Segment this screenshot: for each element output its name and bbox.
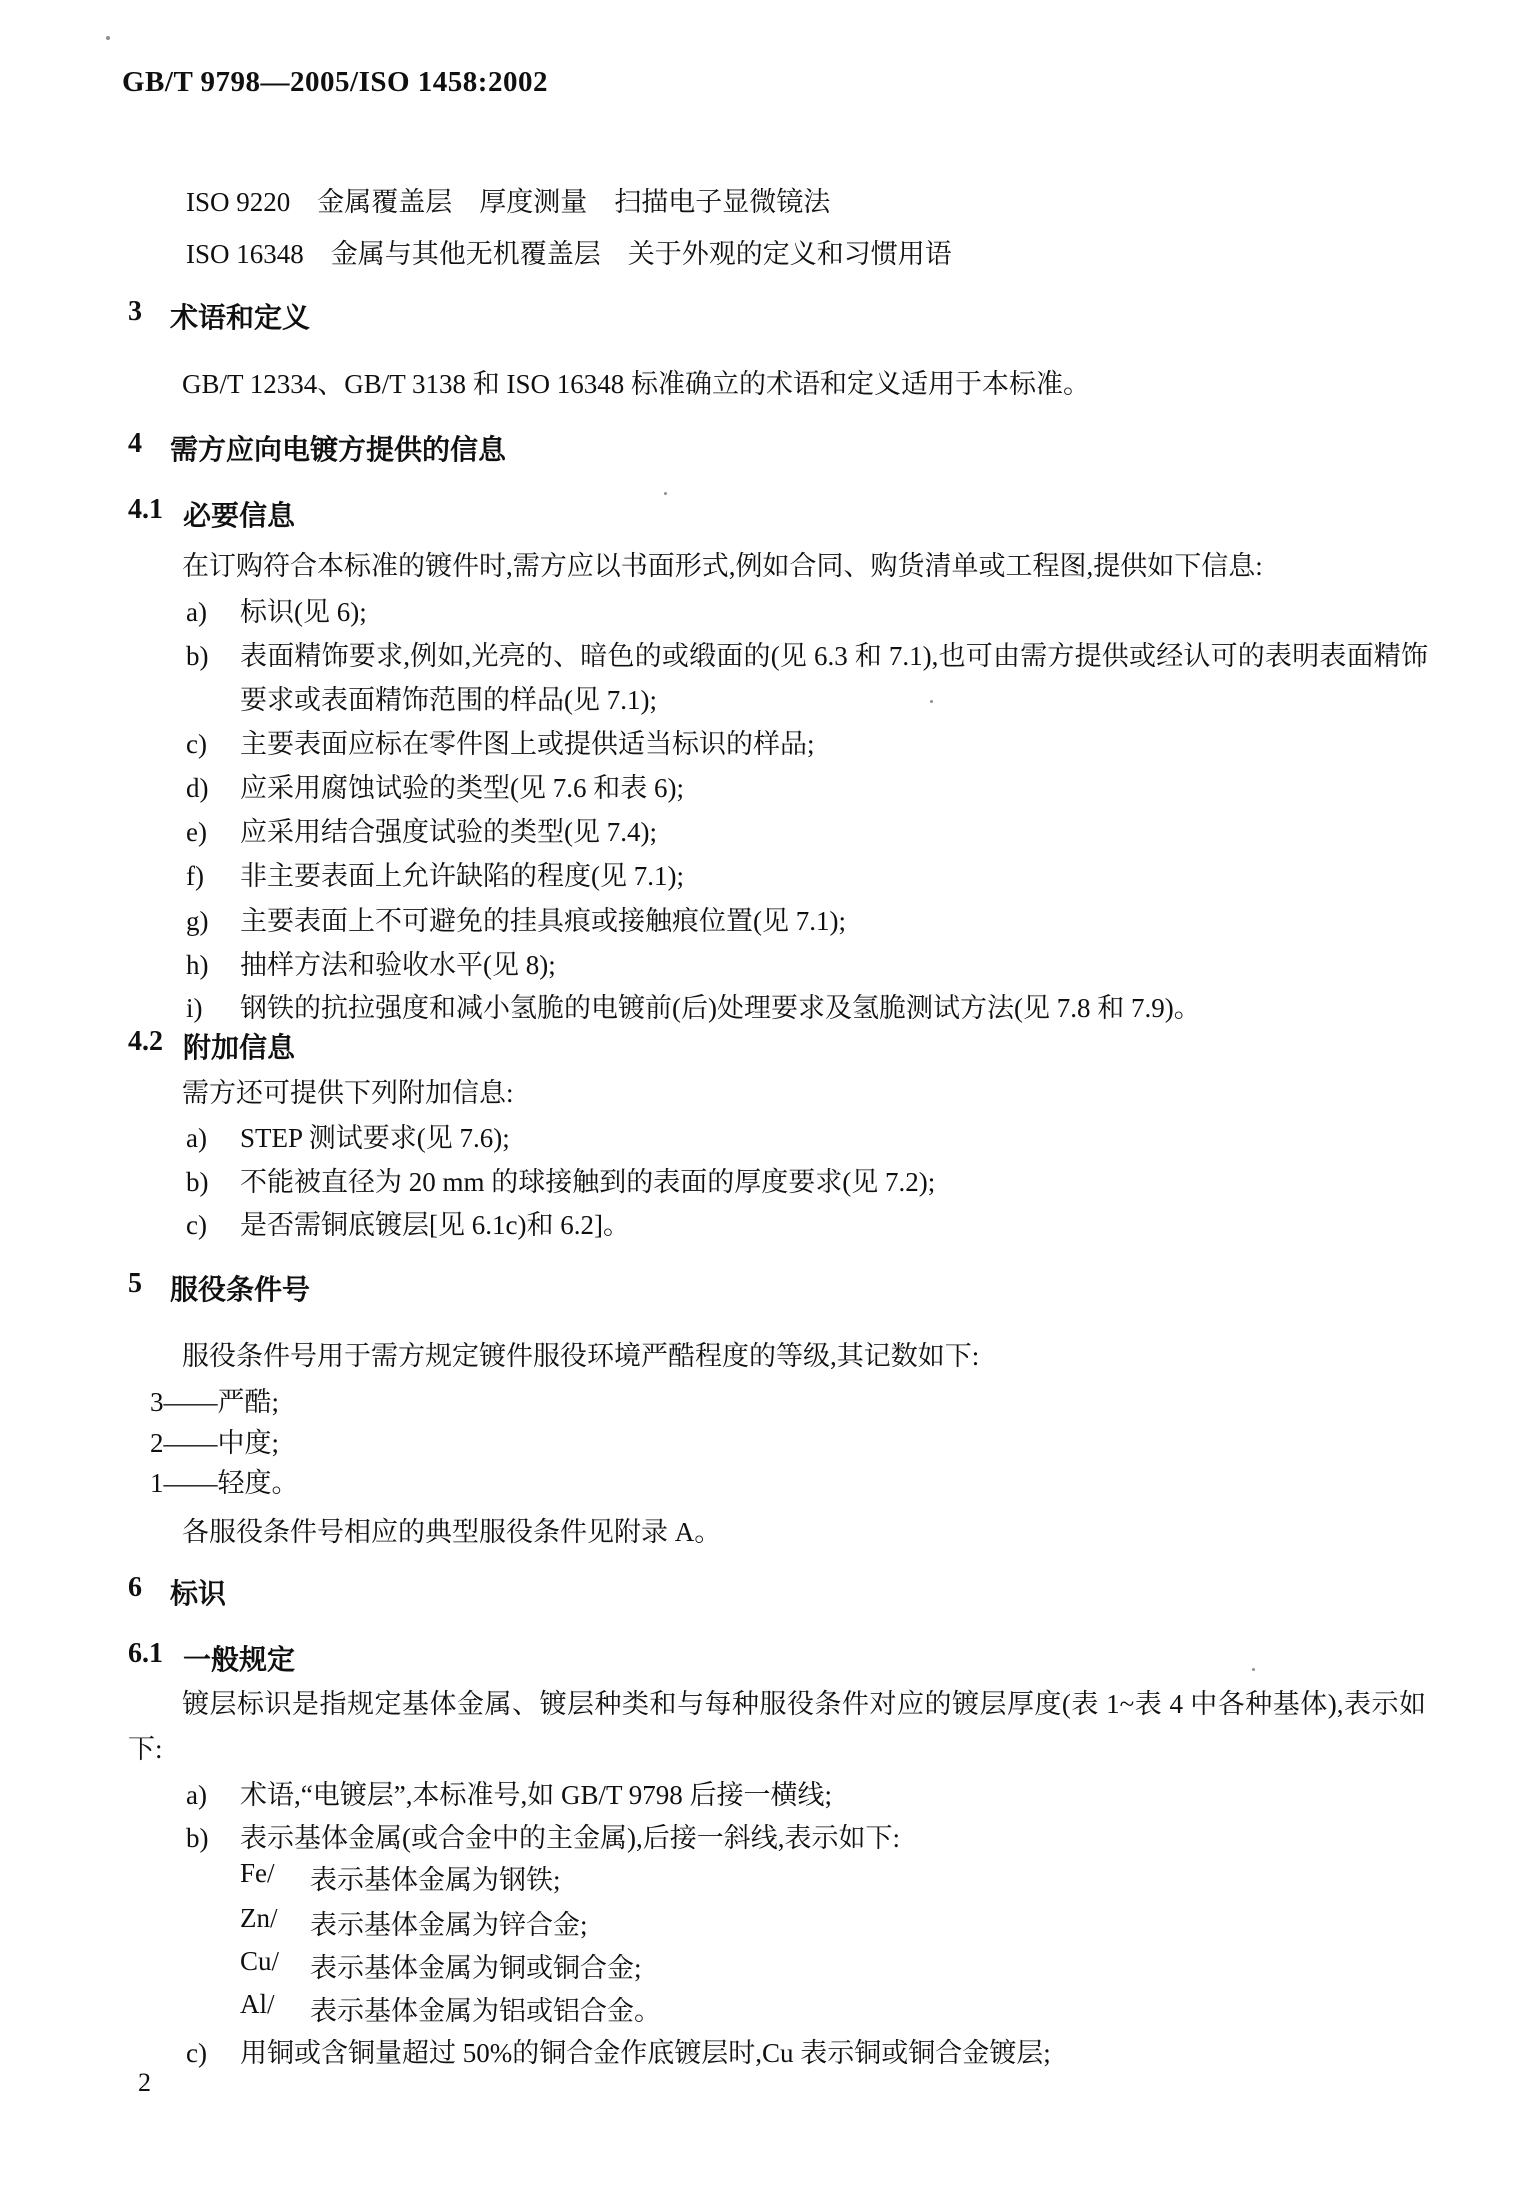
- item-text: 主要表面应标在零件图上或提供适当标识的样品;: [240, 722, 1428, 766]
- item-label: f): [186, 854, 240, 898]
- section-title: 标识: [170, 1572, 226, 1612]
- item-label: c): [186, 2031, 240, 2075]
- section-4-2-heading: 4.2 附加信息: [128, 1026, 295, 1066]
- item-label: g): [186, 899, 240, 943]
- item-label: i): [186, 986, 240, 1030]
- item-text: 主要表面上不可避免的挂具痕或接触痕位置(见 7.1);: [240, 899, 1428, 943]
- metal-code-line: Cu/ 表示基体金属为铜或铜合金;: [240, 1946, 1428, 1985]
- section-number: 3: [128, 296, 142, 336]
- document-page: GB/T 9798—2005/ISO 1458:2002 ISO 9220 金属…: [0, 0, 1538, 2205]
- section-4-1-heading: 4.1 必要信息: [128, 494, 295, 534]
- item-text: 应采用结合强度试验的类型(见 7.4);: [240, 810, 1428, 854]
- item-text: 表面精饰要求,例如,光亮的、暗色的或缎面的(见 6.3 和 7.1),也可由需方…: [240, 634, 1428, 722]
- list-item: a) 术语,“电镀层”,本标准号,如 GB/T 9798 后接一横线;: [186, 1773, 1428, 1817]
- section-4-2-intro: 需方还可提供下列附加信息:: [128, 1071, 1426, 1116]
- section-title: 需方应向电镀方提供的信息: [170, 428, 506, 468]
- item-text: 标识(见 6);: [240, 590, 1428, 634]
- section-4-1-intro: 在订购符合本标准的镀件时,需方应以书面形式,例如合同、购货清单或工程图,提供如下…: [128, 544, 1426, 589]
- section-title: 服役条件号: [170, 1268, 310, 1308]
- list-item: e) 应采用结合强度试验的类型(见 7.4);: [186, 810, 1428, 854]
- item-label: h): [186, 943, 240, 987]
- page-number: 2: [138, 2068, 151, 2098]
- item-text: STEP 测试要求(见 7.6);: [240, 1116, 1428, 1160]
- section-4-heading: 4 需方应向电镀方提供的信息: [128, 428, 506, 468]
- item-text: 是否需铜底镀层[见 6.1c)和 6.2]。: [240, 1203, 1428, 1247]
- list-item: c) 用铜或含铜量超过 50%的铜合金作底镀层时,Cu 表示铜或铜合金镀层;: [186, 2031, 1428, 2075]
- item-text: 非主要表面上允许缺陷的程度(见 7.1);: [240, 854, 1428, 898]
- service-condition-level: 2——中度;: [150, 1421, 279, 1460]
- section-5-heading: 5 服役条件号: [128, 1268, 310, 1308]
- section-number: 6.1: [128, 1638, 163, 1678]
- list-item: i) 钢铁的抗拉强度和减小氢脆的电镀前(后)处理要求及氢脆测试方法(见 7.8 …: [186, 986, 1428, 1030]
- item-label: c): [186, 1203, 240, 1247]
- section-number: 6: [128, 1572, 142, 1612]
- section-title: 一般规定: [183, 1638, 295, 1678]
- reference-line: ISO 9220 金属覆盖层 厚度测量 扫描电子显微镜法: [186, 180, 1438, 219]
- item-text: 术语,“电镀层”,本标准号,如 GB/T 9798 后接一横线;: [240, 1773, 1428, 1817]
- section-6-1-heading: 6.1 一般规定: [128, 1638, 295, 1678]
- item-text: 表示基体金属(或合金中的主金属),后接一斜线,表示如下:: [240, 1816, 1428, 1860]
- list-item: a) 标识(见 6);: [186, 590, 1428, 634]
- section-number: 4.1: [128, 494, 163, 534]
- list-item: a) STEP 测试要求(见 7.6);: [186, 1116, 1428, 1160]
- service-condition-level: 3——严酷;: [150, 1380, 279, 1419]
- metal-code: Zn/: [240, 1903, 310, 1934]
- item-label: a): [186, 1116, 240, 1160]
- section-title: 必要信息: [183, 494, 295, 534]
- item-label: a): [186, 590, 240, 634]
- metal-code: Al/: [240, 1989, 310, 2020]
- list-item: d) 应采用腐蚀试验的类型(见 7.6 和表 6);: [186, 766, 1428, 810]
- item-text: 用铜或含铜量超过 50%的铜合金作底镀层时,Cu 表示铜或铜合金镀层;: [240, 2031, 1428, 2075]
- metal-code-line: Fe/ 表示基体金属为钢铁;: [240, 1858, 1428, 1897]
- list-item: f) 非主要表面上允许缺陷的程度(见 7.1);: [186, 854, 1428, 898]
- item-label: b): [186, 634, 240, 678]
- item-text: 抽样方法和验收水平(见 8);: [240, 943, 1428, 987]
- list-item: b) 表面精饰要求,例如,光亮的、暗色的或缎面的(见 6.3 和 7.1),也可…: [186, 634, 1428, 722]
- item-label: c): [186, 722, 240, 766]
- service-condition-level: 1——轻度。: [150, 1461, 299, 1500]
- list-item: g) 主要表面上不可避免的挂具痕或接触痕位置(见 7.1);: [186, 899, 1428, 943]
- section-5-intro: 服役条件号用于需方规定镀件服役环境严酷程度的等级,其记数如下:: [128, 1334, 1426, 1379]
- scan-speck: [1252, 1668, 1255, 1671]
- scan-speck: [106, 36, 110, 40]
- section-title: 附加信息: [183, 1026, 295, 1066]
- document-header: GB/T 9798—2005/ISO 1458:2002: [122, 66, 548, 99]
- list-item: b) 不能被直径为 20 mm 的球接触到的表面的厚度要求(见 7.2);: [186, 1160, 1428, 1204]
- section-title: 术语和定义: [170, 296, 310, 336]
- reference-line: ISO 16348 金属与其他无机覆盖层 关于外观的定义和习惯用语: [186, 232, 1438, 271]
- item-label: b): [186, 1160, 240, 1204]
- list-item: h) 抽样方法和验收水平(见 8);: [186, 943, 1428, 987]
- item-label: b): [186, 1816, 240, 1860]
- metal-text: 表示基体金属为铜或铜合金;: [310, 1946, 642, 1985]
- section-3-paragraph: GB/T 12334、GB/T 3138 和 ISO 16348 标准确立的术语…: [128, 362, 1426, 407]
- list-item: c) 主要表面应标在零件图上或提供适当标识的样品;: [186, 722, 1428, 766]
- section-5-outro: 各服役条件号相应的典型服役条件见附录 A。: [128, 1510, 1426, 1555]
- scan-speck: [1048, 386, 1051, 389]
- metal-text: 表示基体金属为铝或铝合金。: [310, 1989, 661, 2028]
- section-3-heading: 3 术语和定义: [128, 296, 310, 336]
- section-number: 4: [128, 428, 142, 468]
- metal-code: Cu/: [240, 1946, 310, 1977]
- item-text: 应采用腐蚀试验的类型(见 7.6 和表 6);: [240, 766, 1428, 810]
- item-label: d): [186, 766, 240, 810]
- metal-code-line: Al/ 表示基体金属为铝或铝合金。: [240, 1989, 1428, 2028]
- list-item: c) 是否需铜底镀层[见 6.1c)和 6.2]。: [186, 1203, 1428, 1247]
- item-label: a): [186, 1773, 240, 1817]
- metal-text: 表示基体金属为钢铁;: [310, 1858, 561, 1897]
- scan-speck: [664, 492, 667, 495]
- section-6-1-intro: 镀层标识是指规定基体金属、镀层种类和与每种服役条件对应的镀层厚度(表 1~表 4…: [128, 1682, 1426, 1772]
- scan-speck: [930, 700, 933, 703]
- metal-text: 表示基体金属为锌合金;: [310, 1903, 588, 1942]
- metal-code-line: Zn/ 表示基体金属为锌合金;: [240, 1903, 1428, 1942]
- list-item: b) 表示基体金属(或合金中的主金属),后接一斜线,表示如下:: [186, 1816, 1428, 1860]
- section-number: 5: [128, 1268, 142, 1308]
- item-text: 不能被直径为 20 mm 的球接触到的表面的厚度要求(见 7.2);: [240, 1160, 1428, 1204]
- metal-code: Fe/: [240, 1858, 310, 1889]
- section-6-heading: 6 标识: [128, 1572, 226, 1612]
- section-number: 4.2: [128, 1026, 163, 1066]
- item-text: 钢铁的抗拉强度和减小氢脆的电镀前(后)处理要求及氢脆测试方法(见 7.8 和 7…: [240, 986, 1428, 1030]
- item-label: e): [186, 810, 240, 854]
